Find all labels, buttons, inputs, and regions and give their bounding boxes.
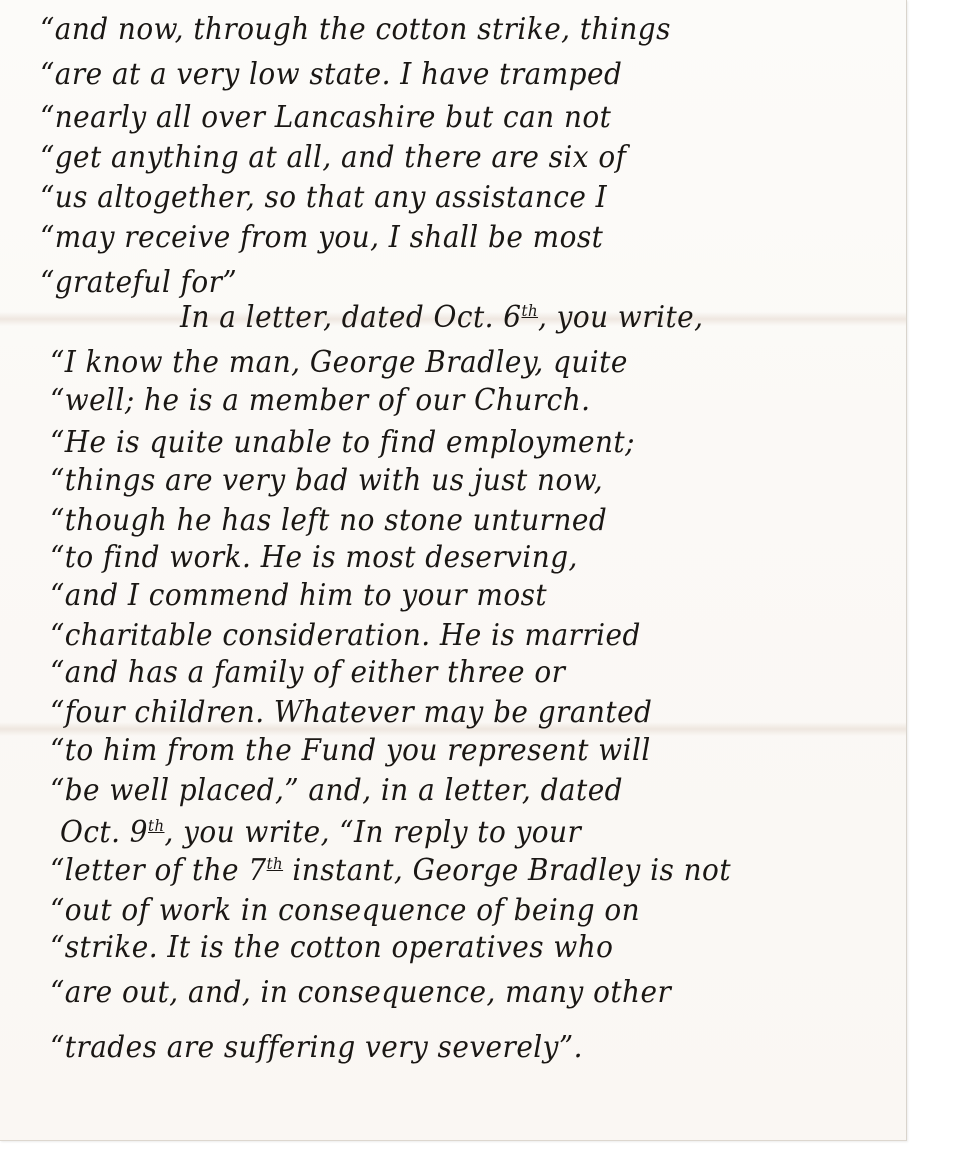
text-line: “well; he is a member of our Church.: [50, 383, 591, 418]
line-text: “get anything at all, and there are six …: [40, 140, 626, 175]
line-text: “four children. Whatever may be granted: [50, 695, 652, 730]
line-text: “out of work in consequence of being on: [50, 893, 640, 928]
line-text: “and now, through the cotton strike, thi…: [40, 12, 671, 47]
line-text: “though he has left no stone unturned: [50, 503, 607, 538]
text-line: “letter of the 7th instant, George Bradl…: [50, 853, 731, 888]
ordinal-superscript: th: [148, 816, 164, 835]
line-text: “I know the man, George Bradley, quite: [50, 345, 628, 380]
text-line: “and I commend him to your most: [50, 578, 547, 613]
text-line: “charitable consideration. He is married: [50, 618, 641, 653]
ordinal-superscript: th: [267, 854, 283, 873]
text-line: “and has a family of either three or: [50, 655, 565, 690]
line-text-tail: , you write,: [538, 300, 703, 335]
line-text: “be well placed,” and, in a letter, date…: [50, 773, 623, 808]
line-text: Oct. 9: [60, 815, 148, 850]
line-text: “are at a very low state. I have tramped: [40, 57, 622, 92]
text-line: “and now, through the cotton strike, thi…: [40, 12, 671, 47]
line-text: “grateful for”: [40, 265, 237, 300]
line-text: “us altogether, so that any assistance I: [40, 180, 607, 215]
line-text-tail: , you write, “In reply to your: [164, 815, 581, 850]
text-line: Oct. 9th, you write, “In reply to your: [60, 815, 581, 850]
text-line: “to find work. He is most deserving,: [50, 540, 578, 575]
line-text: “well; he is a member of our Church.: [50, 383, 591, 418]
line-text: “may receive from you, I shall be most: [40, 220, 603, 255]
text-line: “are out, and, in consequence, many othe…: [50, 975, 671, 1010]
line-text: In a letter, dated Oct. 6: [180, 300, 522, 335]
text-line: “are at a very low state. I have tramped: [40, 57, 622, 92]
line-text: “nearly all over Lancashire but can not: [40, 100, 611, 135]
text-line: “strike. It is the cotton operatives who: [50, 930, 613, 965]
line-text: “and I commend him to your most: [50, 578, 547, 613]
text-line: “us altogether, so that any assistance I: [40, 180, 607, 215]
text-line: “may receive from you, I shall be most: [40, 220, 603, 255]
line-text: “letter of the 7: [50, 853, 267, 888]
text-line: “though he has left no stone unturned: [50, 503, 607, 538]
text-line: In a letter, dated Oct. 6th, you write,: [180, 300, 703, 335]
text-line: “grateful for”: [40, 265, 237, 300]
line-text: “He is quite unable to find employment;: [50, 425, 635, 460]
line-text: “to find work. He is most deserving,: [50, 540, 578, 575]
line-text: “strike. It is the cotton operatives who: [50, 930, 613, 965]
text-line: “get anything at all, and there are six …: [40, 140, 626, 175]
line-text: “and has a family of either three or: [50, 655, 565, 690]
ordinal-superscript: th: [522, 301, 538, 320]
text-line: “He is quite unable to find employment;: [50, 425, 635, 460]
text-line: “be well placed,” and, in a letter, date…: [50, 773, 623, 808]
line-text: “to him from the Fund you represent will: [50, 733, 651, 768]
letter-page: “and now, through the cotton strike, thi…: [0, 0, 907, 1141]
line-text-tail: instant, George Bradley is not: [283, 853, 731, 888]
text-line: “to him from the Fund you represent will: [50, 733, 651, 768]
text-line: “out of work in consequence of being on: [50, 893, 640, 928]
line-text: “are out, and, in consequence, many othe…: [50, 975, 671, 1010]
text-line: “trades are suffering very severely”.: [50, 1030, 583, 1065]
line-text: “things are very bad with us just now,: [50, 463, 603, 498]
text-line: “nearly all over Lancashire but can not: [40, 100, 611, 135]
line-text: “charitable consideration. He is married: [50, 618, 641, 653]
text-line: “I know the man, George Bradley, quite: [50, 345, 628, 380]
text-line: “four children. Whatever may be granted: [50, 695, 652, 730]
text-line: “things are very bad with us just now,: [50, 463, 603, 498]
line-text: “trades are suffering very severely”.: [50, 1030, 583, 1065]
